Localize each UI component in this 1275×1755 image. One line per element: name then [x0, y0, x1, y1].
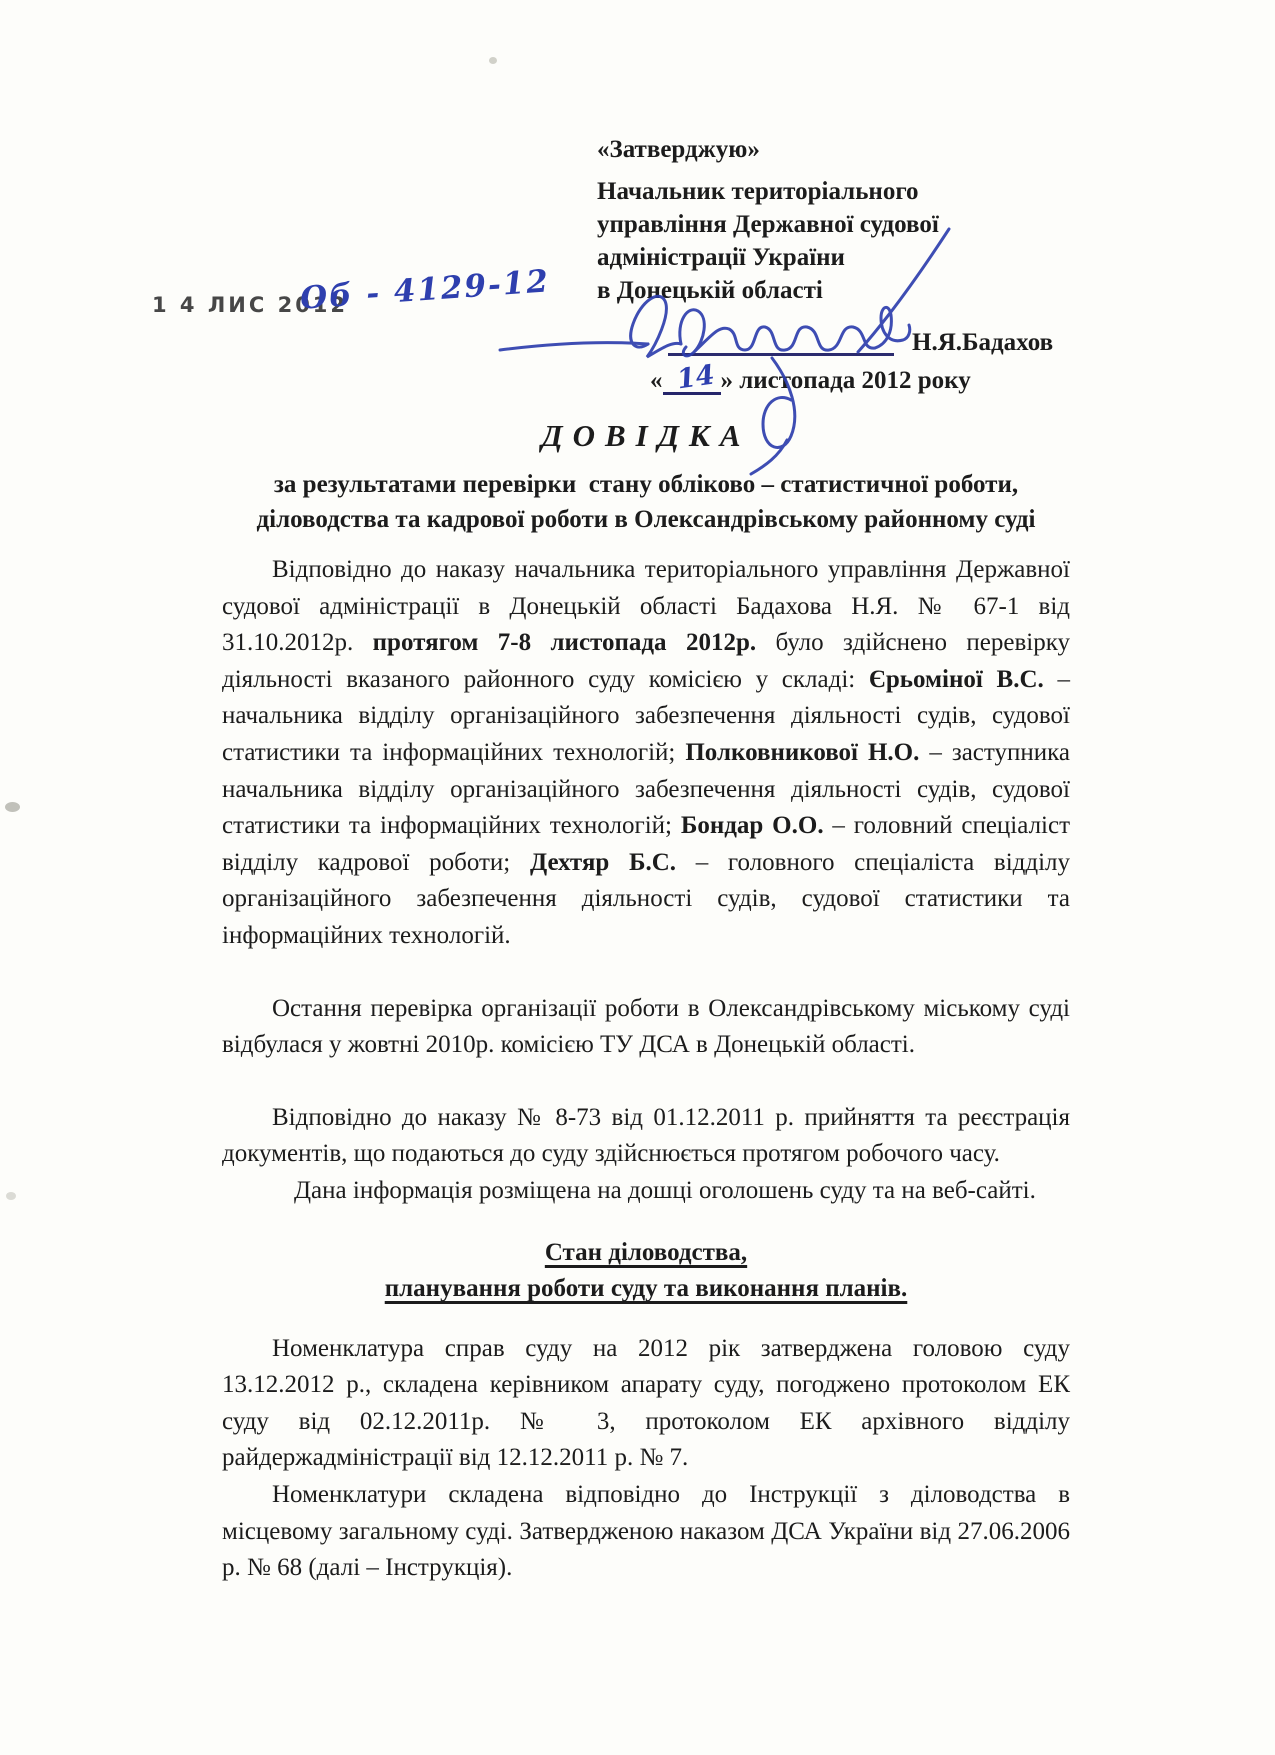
paragraph-nomenclature-approved: Номенклатура справ суду на 2012 рік затв…	[222, 1331, 1070, 1477]
document-subtitle: діловодства та кадрової роботи в Олексан…	[222, 502, 1070, 537]
approval-block: «Затверджую» Начальник територіального у…	[597, 133, 1117, 307]
paragraph-inspection-order: Відповідно до наказу начальника територі…	[222, 552, 1070, 955]
title-block: ДОВІДКА за результатами перевірки стану …	[222, 418, 1070, 537]
paragraph-nomenclature-instruction: Номенклатури складена відповідно до Інст…	[222, 1477, 1070, 1587]
approval-position-line: в Донецькій області	[597, 274, 1117, 307]
text-run-bold: протягом 7-8 листопада 2012р.	[373, 629, 756, 656]
text-run-bold: Полковникової Н.О.	[685, 739, 919, 766]
document-body: Відповідно до наказу начальника територі…	[222, 552, 1070, 1587]
scan-artifact	[5, 802, 20, 812]
text-run-bold: Дехтяр Б.С.	[530, 849, 676, 876]
handwritten-day: 14	[675, 360, 717, 396]
day-slot: 14	[663, 364, 721, 395]
section-heading-line: планування роботи суду та виконання план…	[385, 1275, 908, 1302]
scan-artifact	[6, 1192, 16, 1200]
text-run-bold: Єрьоміної В.С.	[869, 666, 1044, 693]
signature-line	[668, 353, 894, 356]
document-type-title: ДОВІДКА	[222, 418, 1070, 454]
approval-date-line: «14» листопада 2012 року	[650, 364, 971, 395]
document-subtitle: за результатами перевірки стану обліково…	[222, 467, 1070, 502]
approval-quote: «Затверджую»	[597, 133, 1117, 166]
text-run-bold: Бондар О.О.	[681, 812, 824, 839]
paragraph-order-873: Відповідно до наказу № 8-73 від 01.12.20…	[222, 1100, 1070, 1173]
approval-position-line: адміністрації України	[597, 241, 1117, 274]
section-heading: Стан діловодства, планування роботи суду…	[222, 1235, 1070, 1308]
paragraph-previous-inspection: Остання перевірка організації роботи в О…	[222, 991, 1070, 1064]
date-open-quote: «	[650, 367, 663, 394]
paragraph-info-posted: Дана інформація розміщена на дошці оголо…	[222, 1173, 1070, 1210]
scan-artifact	[489, 57, 497, 64]
handwritten-registration-number: Об - 4129-12	[299, 263, 551, 316]
date-rest: » листопада 2012 року	[721, 367, 971, 394]
scanned-document-page: 1 4 ЛИС 2012 Об - 4129-12 «Затверджую» Н…	[0, 0, 1275, 1755]
section-heading-line: Стан діловодства,	[545, 1239, 747, 1266]
approval-position-line: управління Державної судової	[597, 208, 1117, 241]
approval-position-line: Начальник територіального	[597, 175, 1117, 208]
signer-name: Н.Я.Бадахов	[912, 329, 1053, 357]
